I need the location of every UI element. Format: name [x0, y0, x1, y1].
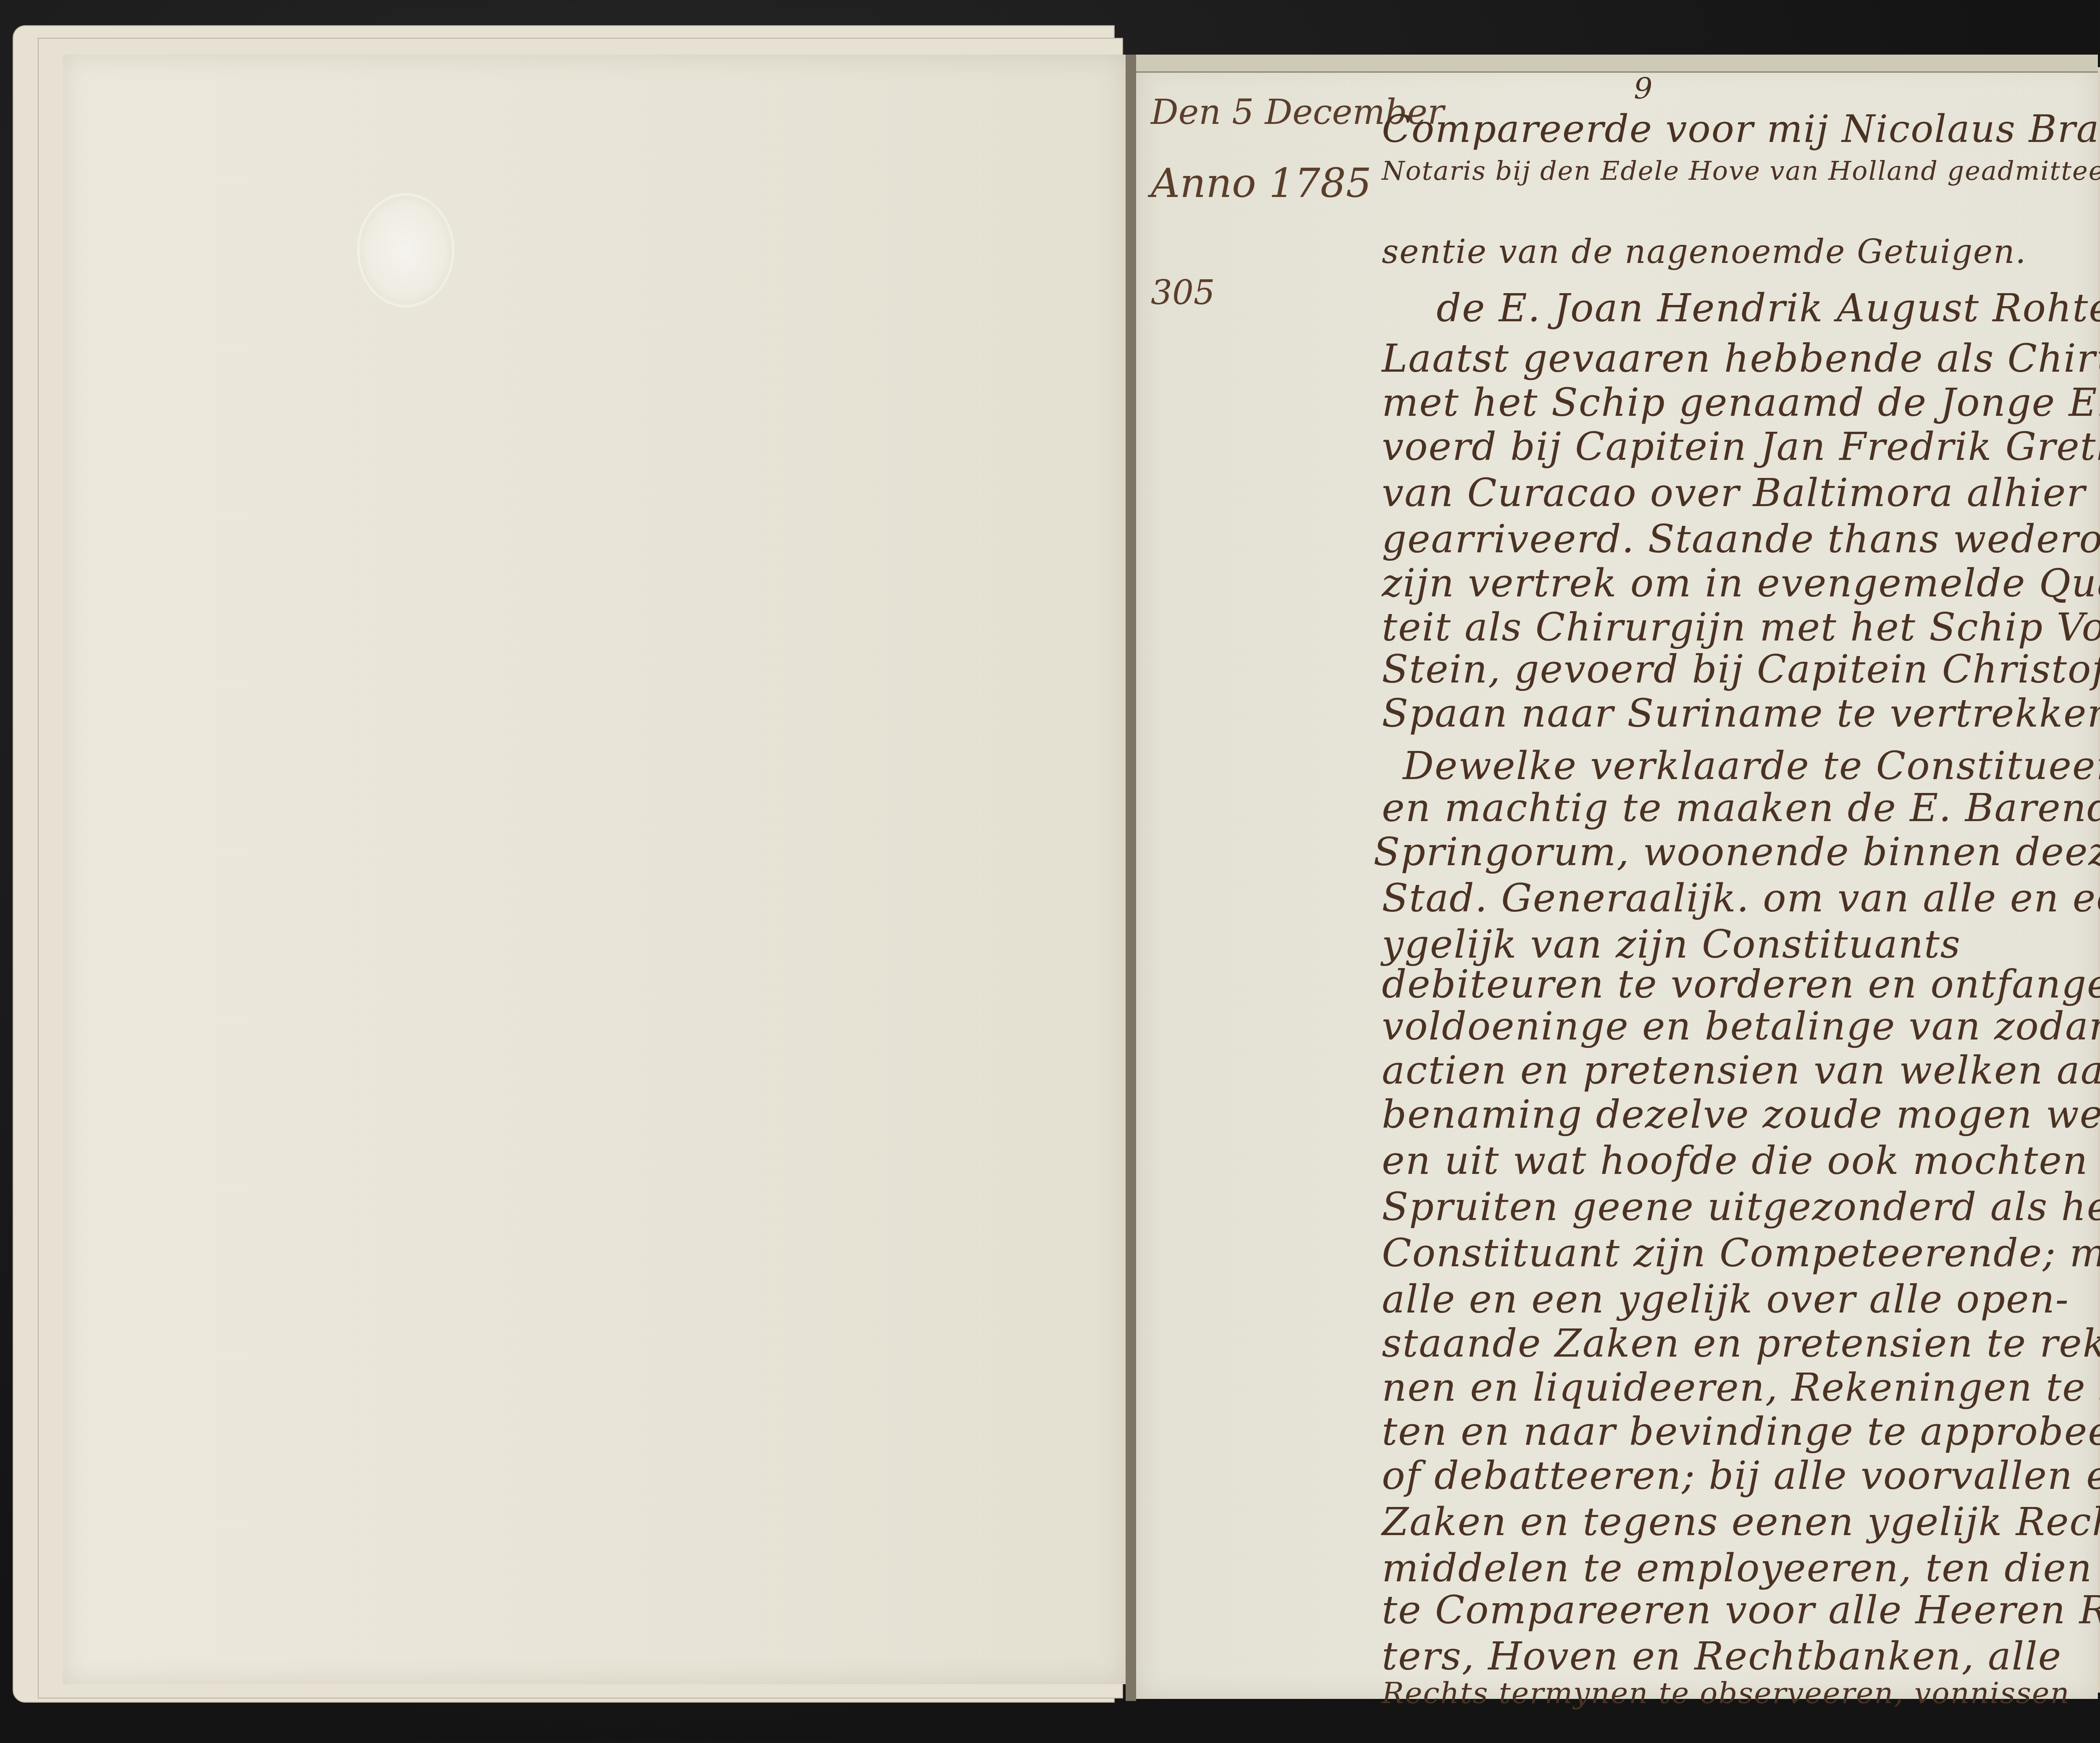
margin-date-line-2: Anno 1785: [1151, 160, 1372, 207]
text-line: sentie van de nagenoemde Getuigen.: [1382, 233, 2026, 271]
margin-act-number: 305: [1151, 273, 1215, 312]
text-line: alle en een ygelijk over alle open-: [1382, 1277, 2069, 1322]
text-line: Zaken en tegens eenen ygelijk Rechts-: [1382, 1499, 2100, 1544]
text-line: en uit wat hoofde die ook mochten: [1382, 1138, 2088, 1183]
text-line: Spruiten geene uitgezonderd als hem: [1382, 1184, 2100, 1229]
text-line: of debatteeren; bij alle voorvallen en: [1382, 1453, 2100, 1498]
text-line: Springorum, woonende binnen deeze: [1373, 829, 2100, 874]
text-line: ten en naar bevindinge te approbeeren: [1382, 1409, 2100, 1454]
left-page: [63, 55, 1126, 1684]
text-line: middelen te employeeren, ten dien einde: [1382, 1546, 2100, 1591]
text-line: Stad. Generaalijk. om van alle en een: [1382, 876, 2100, 921]
text-line: te Compareeren voor alle Heeren Rech-: [1382, 1588, 2100, 1633]
text-line: ygelijk van zijn Constituants: [1382, 922, 1961, 967]
text-line: Stein, gevoerd bij Capitein Christoffel: [1382, 647, 2100, 692]
text-line: Rechts termynen te observeeren, vonnisse…: [1382, 1676, 2070, 1710]
page-top-edge: [1136, 55, 2098, 73]
text-line: Notaris bij den Edele Hove van Holland g…: [1382, 155, 2100, 186]
text-line: nen en liquideeren, Rekeningen te slui-: [1382, 1365, 2100, 1410]
text-line: Dewelke verklaarde te Constitueeren: [1403, 743, 2100, 788]
text-line: met het Schip genaamd de Jonge Elias, ge…: [1382, 380, 2100, 425]
text-line: debiteuren te vorderen en ontfangen de: [1382, 962, 2100, 1007]
text-line: ters, Hoven en Rechtbanken, alle: [1382, 1634, 2062, 1679]
text-line: voerd bij Capitein Jan Fredrik Gretke: [1382, 424, 2100, 469]
text-line: Constituant zijn Competeerende; met: [1382, 1231, 2100, 1276]
embossed-seal-icon: [357, 193, 454, 307]
text-line: Laatst gevaaren hebbende als Chirurgijn: [1382, 336, 2100, 381]
text-line: van Curacao over Baltimora alhier: [1382, 470, 2086, 515]
text-line: staande Zaken en pretensien te reke-: [1382, 1321, 2100, 1366]
text-line: en machtig te maaken de E. Barend: [1382, 785, 2100, 830]
folio-mark: 9: [1634, 71, 1653, 106]
text-line: gearriveerd. Staande thans wederom op: [1382, 517, 2100, 562]
text-line: voldoeninge en betalinge van zodanige: [1382, 1004, 2100, 1049]
text-line: benaming dezelve zoude mogen weezen: [1382, 1092, 2100, 1137]
book-gutter: [1126, 55, 1136, 1701]
text-line: de E. Joan Hendrik August Rohter,: [1436, 286, 2100, 331]
text-line: actien en pretensien van welken aard of: [1382, 1048, 2100, 1093]
text-line: Spaan naar Suriname te vertrekken.: [1382, 691, 2100, 736]
text-line: teit als Chirurgijn met het Schip Vogel-: [1382, 605, 2100, 650]
text-line: zijn vertrek om in evengemelde Quali-: [1382, 561, 2100, 606]
text-line: Compareerde voor mij Nicolaus Brake,: [1382, 107, 2100, 151]
